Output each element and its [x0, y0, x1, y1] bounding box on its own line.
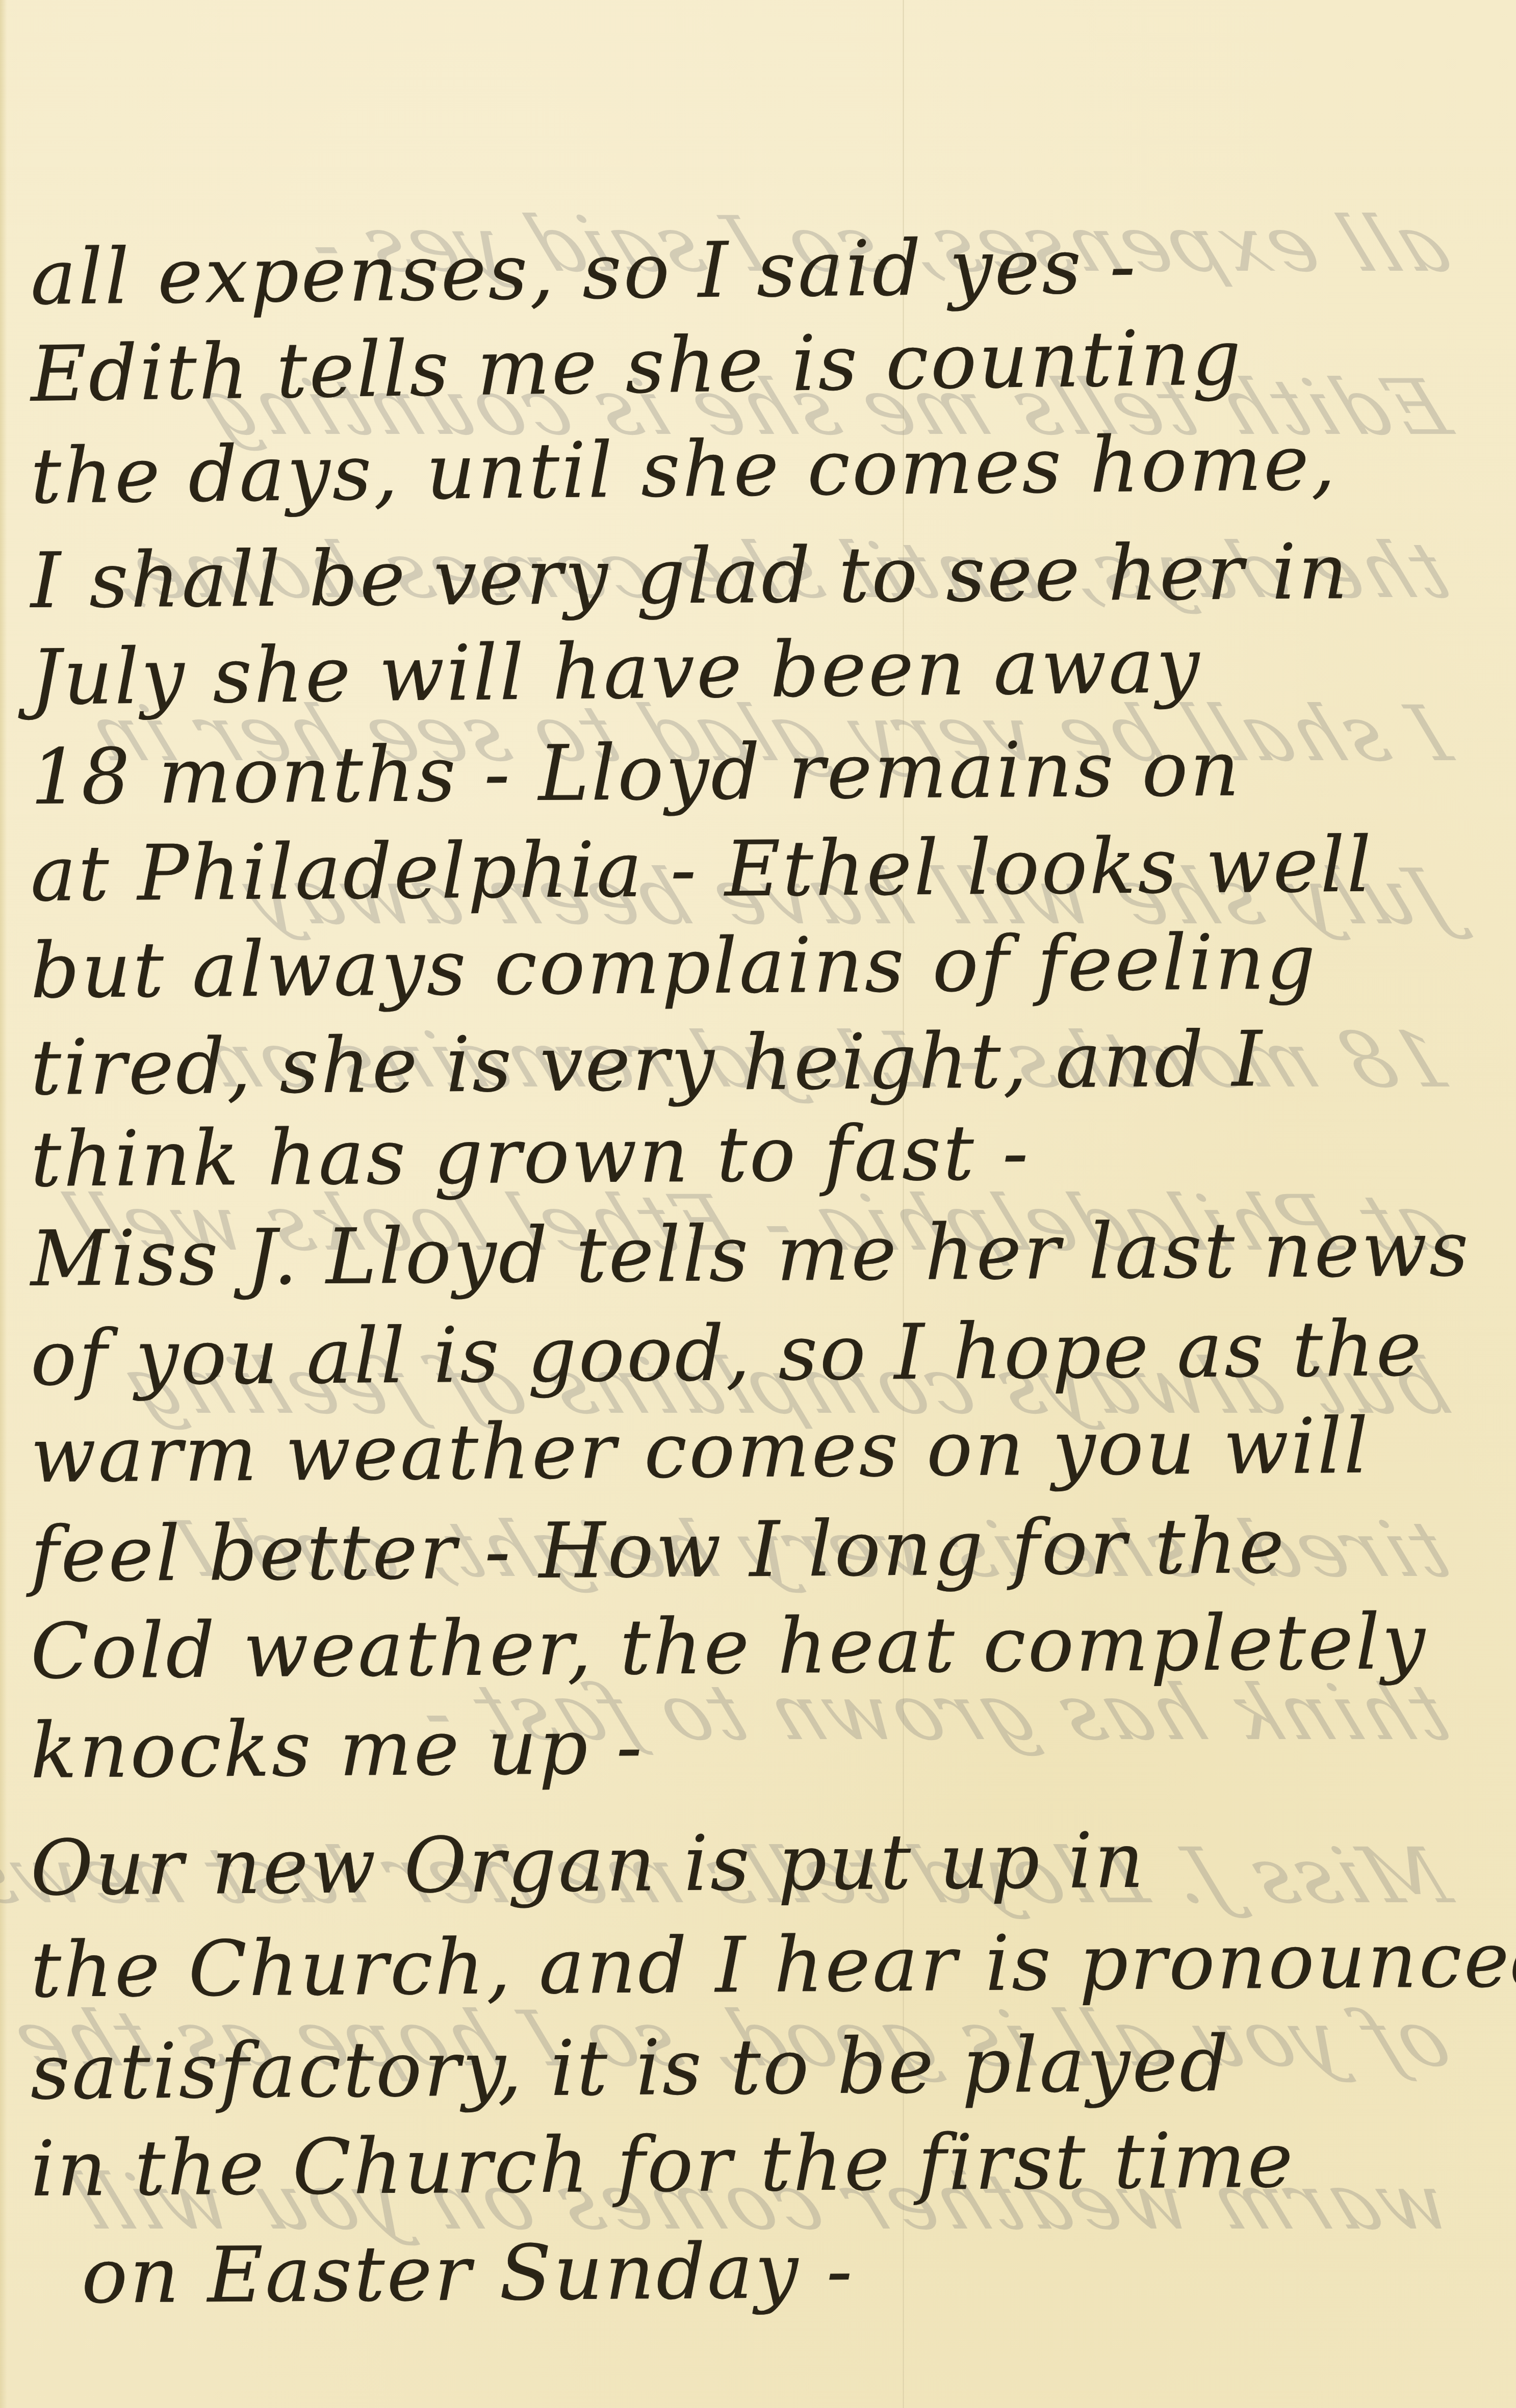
letter-line: feel better - How I long for the — [30, 1507, 1496, 1593]
letter-line: all expenses, so I said yes - — [30, 224, 1496, 316]
letter-line: in the Church for the first time — [30, 2121, 1496, 2208]
letter-line: satisfactory, it is to be played — [30, 2024, 1496, 2111]
letter-line: 18 months - Lloyd remains on — [30, 729, 1496, 816]
letter-line: knocks me up - — [30, 1703, 1496, 1790]
letter-line: warm weather comes on you will — [30, 1407, 1496, 1494]
letter-body: all expenses, so I said yes - Edith tell… — [0, 0, 1516, 2408]
letter-line: on Easter Sunday - — [81, 2229, 1496, 2315]
letter-line: the days, until she comes home, — [30, 423, 1496, 515]
letter-line: Edith tells me she is counting — [30, 316, 1496, 413]
letter-line: think has grown to fast - — [30, 1111, 1496, 1198]
letter-line: July she will have been away — [30, 625, 1496, 716]
letter-line: I shall be very glad to see her in — [30, 533, 1496, 619]
letter-line: but always complains of feeling — [30, 923, 1496, 1009]
letter-line: Our new Organ is put up in — [30, 1820, 1496, 1907]
letter-line: tired, she is very height, and I — [30, 1020, 1496, 1106]
letter-line: Miss J. Lloyd tells me her last news — [30, 1211, 1496, 1298]
letter-line: of you all is good, so I hope as the — [30, 1310, 1496, 1397]
letter-line: Cold weather, the heat completely — [30, 1603, 1496, 1690]
letter-line: the Church, and I hear is pronounced — [30, 1922, 1496, 2009]
letter-line: at Philadelphia - Ethel looks well — [30, 826, 1496, 913]
letter-page: all expenses, so I said yes - Edith tell… — [0, 0, 1516, 2408]
